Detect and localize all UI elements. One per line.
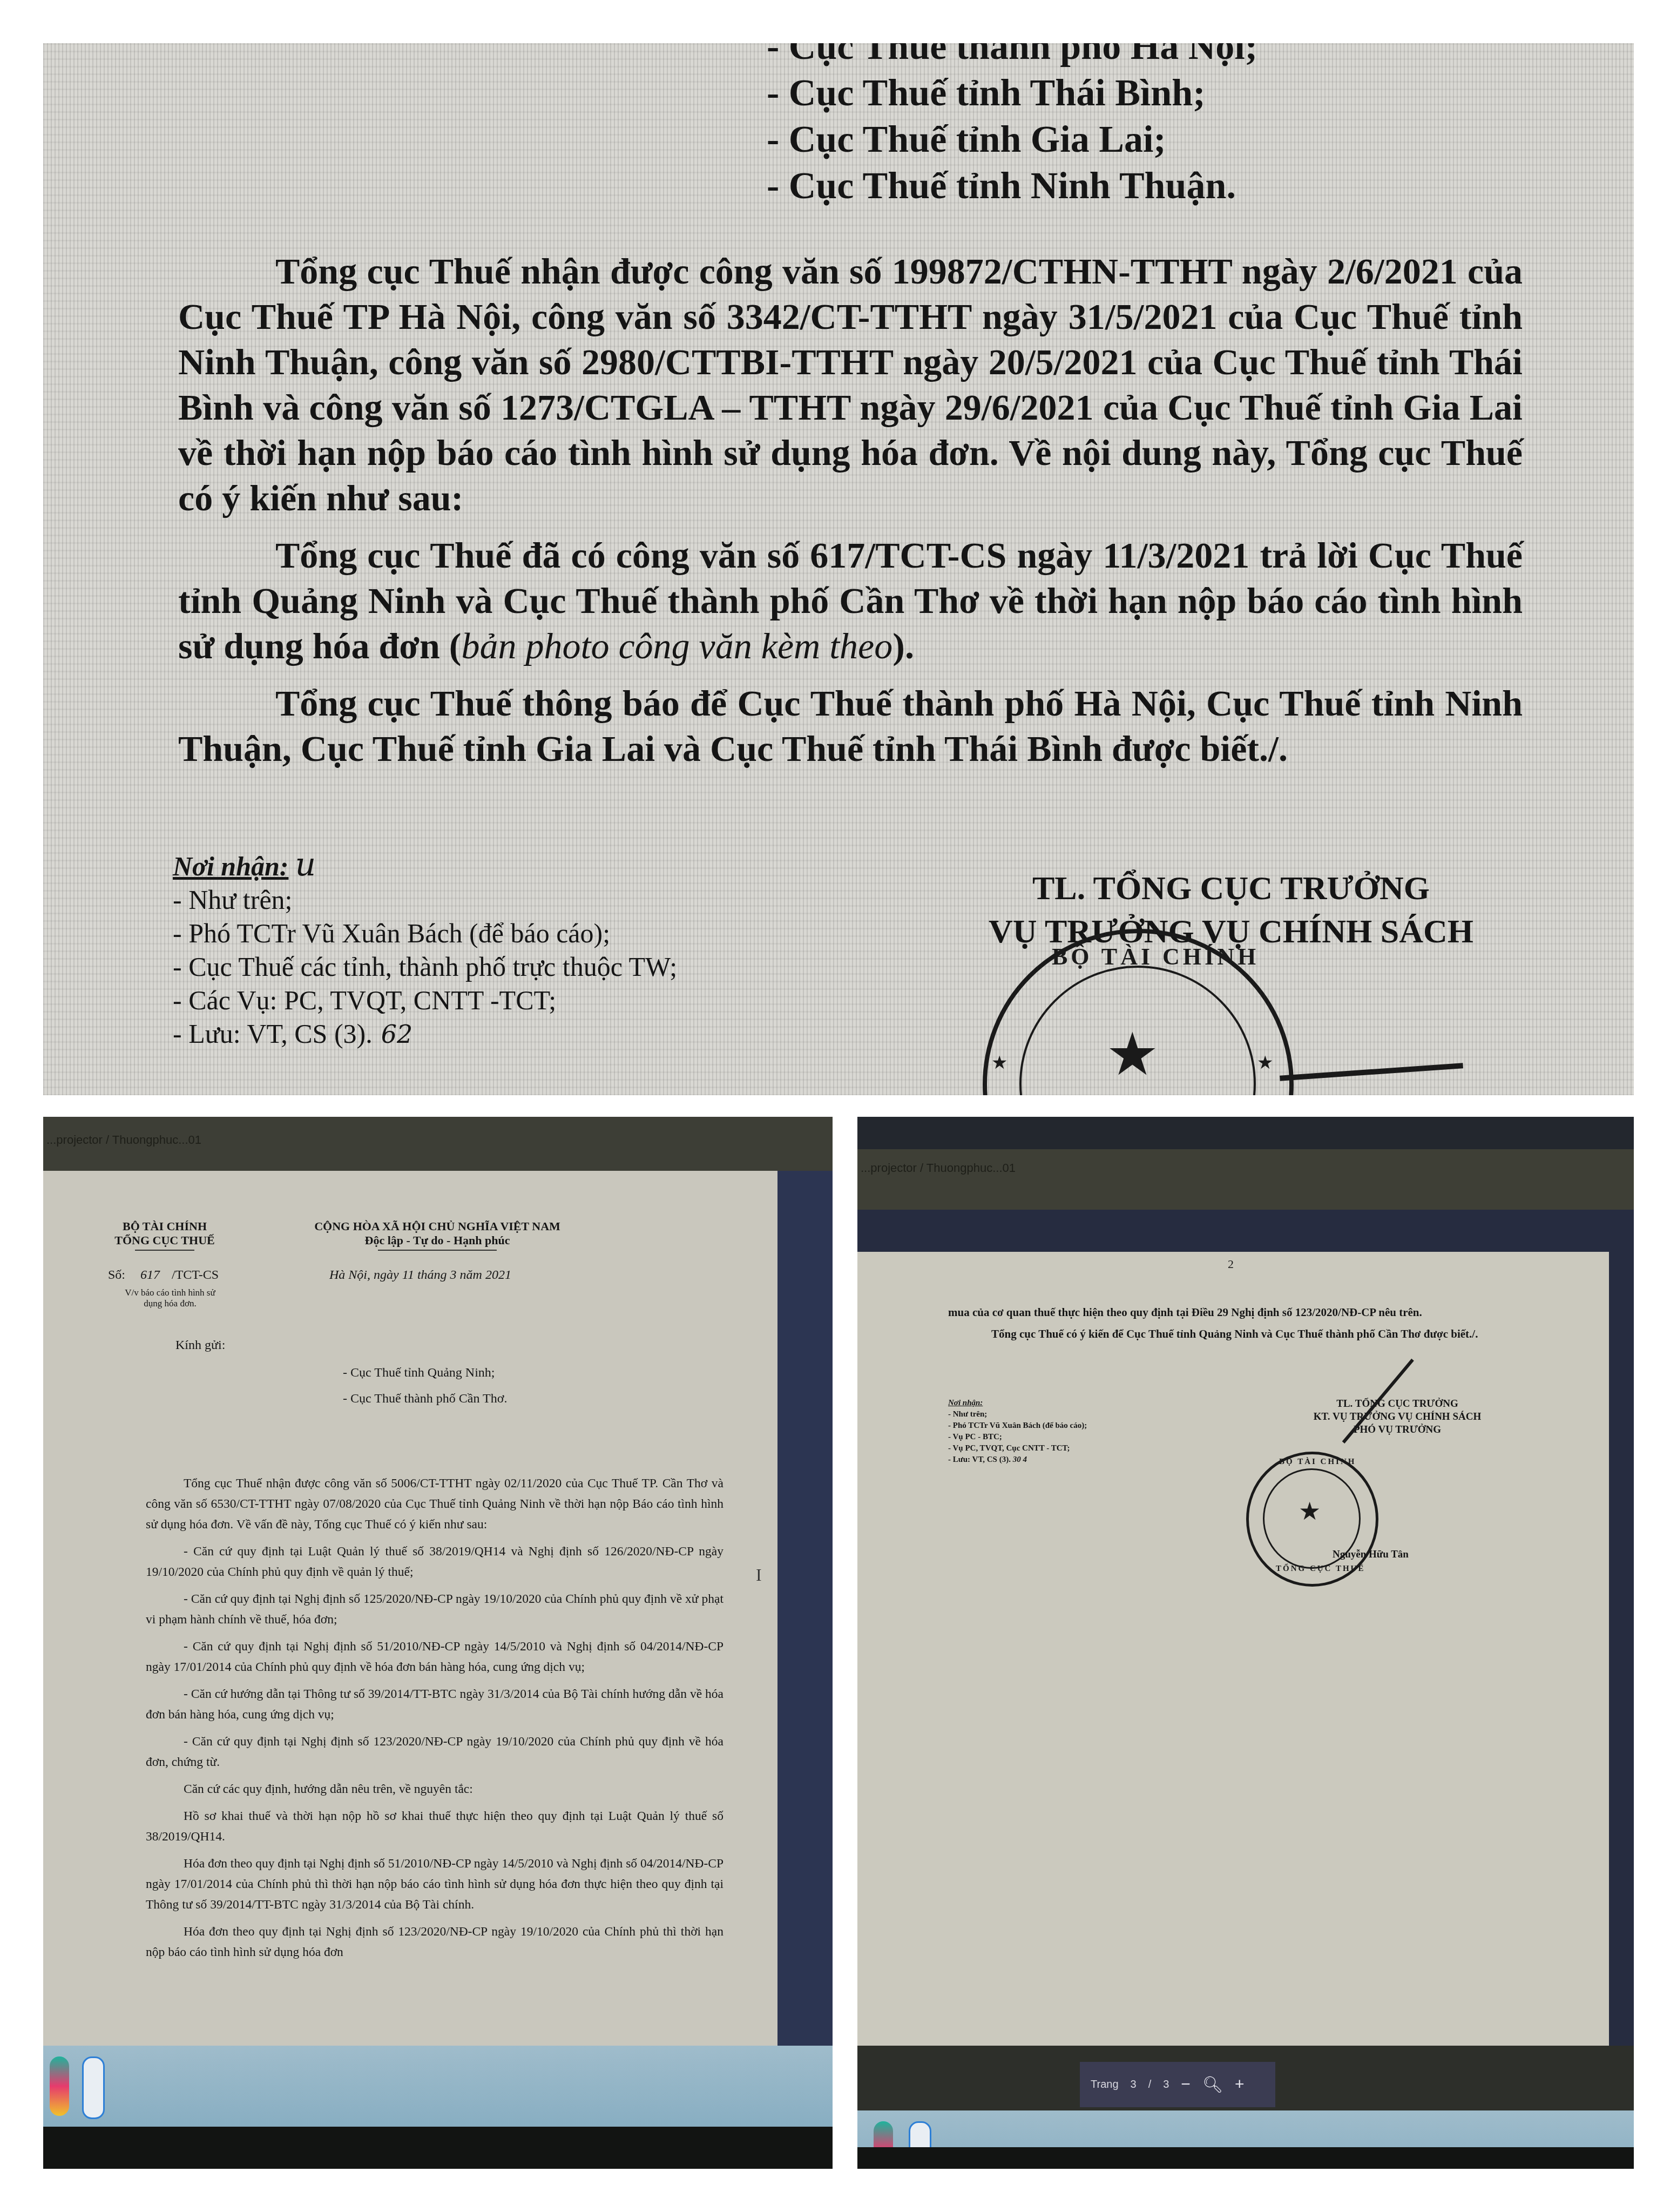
recipients-title: Nơi nhận: (948, 1398, 1087, 1409)
paragraph-617: Tổng cục Thuế đã có công văn số 617/TCT-… (178, 532, 1523, 669)
zoom-in-button[interactable]: + (1235, 2075, 1245, 2094)
handwritten-count: 62 (381, 1020, 413, 1049)
recipients-block: Nơi nhận: - Như trên; - Phó TCTr Vũ Xuân… (948, 1398, 1087, 1466)
recipient-item: - Các Vụ: PC, TVQT, CNTT -TCT; (173, 983, 677, 1017)
recipient-item: - Cục Thuế thành phố Hà Nội; (767, 43, 1257, 70)
desk-surface (43, 2127, 833, 2169)
seal-text-bottom: TỔNG CỤC THUẾ (1276, 1564, 1365, 1574)
document-body: Tổng cục Thuế nhận được công văn số 1998… (178, 248, 1523, 783)
signer-block: TL. TỔNG CỤC TRƯỞNG KT. VỤ TRƯỞNG VỤ CHÍ… (1246, 1398, 1548, 1437)
viewer-top-bar (857, 1117, 1634, 1149)
motto: Độc lập - Tự do - Hạnh phúc (281, 1233, 594, 1247)
bottom-right-photo-page2: ...projector / Thuongphuc...01 2 mua của… (857, 1117, 1634, 2169)
number-suffix: /TCT-CS (172, 1268, 219, 1282)
pdf-zoom-toolbar: Trang 3 / 3 − 🔍︎ + (1080, 2062, 1275, 2107)
magnifier-icon[interactable]: 🔍︎ (1202, 2075, 1223, 2094)
app-icon[interactable] (50, 2056, 69, 2116)
issue-date: Hà Nội, ngày 11 tháng 3 năm 2021 (329, 1268, 511, 1283)
recipients-block: Nơi nhận:u - Như trên; - Phó TCTr Vũ Xuâ… (173, 848, 677, 1051)
addressee-label: Kính gửi: (175, 1338, 225, 1353)
number-value: 617 (140, 1268, 160, 1282)
handwritten-note: 30 4 (1013, 1455, 1027, 1464)
viewer-titlebar: ...projector / Thuongphuc...01 (857, 1149, 1634, 1210)
total-pages: 3 (1163, 2079, 1169, 2091)
paragraph: Hóa đơn theo quy định tại Nghị định số 1… (146, 1921, 723, 1963)
recipient-item: - Cục Thuế tỉnh Gia Lai; (767, 117, 1257, 163)
viewer-side-panel (777, 1171, 833, 2046)
addressee-item: - Cục Thuế thành phố Cần Thơ. (343, 1386, 507, 1412)
desk-surface (857, 2147, 1634, 2169)
paragraph: mua của cơ quan thuế thực hiện theo quy … (948, 1303, 1510, 1321)
paragraph: - Căn cứ quy định tại Nghị định số 51/20… (146, 1636, 723, 1677)
national-header: CỘNG HÒA XÃ HỘI CHỦ NGHĨA VIỆT NAM Độc l… (281, 1219, 594, 1251)
department-name: TỔNG CỤC THUẾ (108, 1233, 221, 1247)
recipient-item: - Vụ PC - BTC; (948, 1432, 1087, 1443)
country-name: CỘNG HÒA XÃ HỘI CHỦ NGHĨA VIỆT NAM (281, 1219, 594, 1233)
zoom-out-button[interactable]: − (1181, 2075, 1191, 2094)
paragraph: - Căn cứ hướng dẫn tại Thông tư số 39/20… (146, 1684, 723, 1725)
recipient-item: - Lưu: VT, CS (3). (173, 1019, 373, 1049)
addressee-item: - Cục Thuế tỉnh Quảng Ninh; (343, 1360, 507, 1386)
taskbar (43, 2046, 833, 2127)
star-icon: ★ (1299, 1496, 1321, 1526)
seal-text: BỘ TÀI CHÍNH (1052, 943, 1259, 970)
addressee-list: - Cục Thuế tỉnh Quảng Ninh; - Cục Thuế t… (343, 1360, 507, 1412)
paragraph-received: Tổng cục Thuế nhận được công văn số 1998… (178, 248, 1523, 521)
paragraph-notice: Tổng cục Thuế thông báo để Cục Thuế thàn… (178, 680, 1523, 771)
text-cursor-icon: I (756, 1565, 762, 1585)
paragraph: - Căn cứ quy định tại Nghị định số 125/2… (146, 1589, 723, 1630)
signer-title: TL. TỔNG CỤC TRƯỞNG (934, 867, 1528, 910)
window-path: ...projector / Thuongphuc...01 (861, 1161, 1016, 1175)
paragraph: Căn cứ các quy định, hướng dẫn nêu trên,… (146, 1779, 723, 1799)
official-seal-icon: ★ BỘ TÀI CHÍNH TỔNG CỤC THUẾ (1246, 1452, 1378, 1587)
document-page (857, 1252, 1609, 2046)
recipient-item: - Phó TCTr Vũ Xuân Bách (để báo cáo); (948, 1420, 1087, 1432)
paragraph: Hóa đơn theo quy định tại Nghị định số 5… (146, 1853, 723, 1915)
recipient-item: - Như trên; (173, 883, 677, 916)
current-page-input[interactable]: 3 (1131, 2079, 1137, 2091)
star-icon: ★ (991, 1052, 1007, 1074)
paragraph: - Căn cứ quy định tại Nghị định số 123/2… (146, 1731, 723, 1772)
page-number: 2 (1228, 1257, 1234, 1271)
paragraph: Tổng cục Thuế nhận được công văn số 5006… (146, 1473, 723, 1535)
recipient-item: - Cục Thuế tỉnh Thái Bình; (767, 70, 1257, 117)
signer-title: TL. TỔNG CỤC TRƯỞNG (1246, 1398, 1548, 1411)
recipient-item: - Cục Thuế các tỉnh, thành phố trực thuộ… (173, 950, 677, 983)
document-body: mua của cơ quan thuế thực hiện theo quy … (948, 1303, 1510, 1346)
recipient-item: - Phó TCTr Vũ Xuân Bách (để báo cáo); (173, 916, 677, 950)
paragraph: - Căn cứ quy định tại Luật Quản lý thuế … (146, 1541, 723, 1582)
page-label: Trang (1091, 2079, 1119, 2091)
recipient-item: - Cục Thuế tỉnh Ninh Thuận. (767, 163, 1257, 210)
seal-text-top: BỘ TÀI CHÍNH (1279, 1458, 1356, 1467)
recipient-list: - Cục Thuế thành phố Hà Nội; - Cục Thuế … (767, 43, 1257, 210)
signer-subtitle: KT. VỤ TRƯỞNG VỤ CHÍNH SÁCH (1246, 1411, 1548, 1424)
recipients-title: Nơi nhận: (173, 851, 288, 881)
signer-block: TL. TỔNG CỤC TRƯỞNG VỤ TRƯỞNG VỤ CHÍNH S… (934, 867, 1528, 953)
star-icon: ★ (1106, 1020, 1159, 1089)
bottom-left-photo-page1: ...projector / Thuongphuc...01 BỘ TÀI CH… (43, 1117, 833, 2169)
italic-note: bản photo công văn kèm theo (461, 625, 892, 666)
window-path: ...projector / Thuongphuc...01 (46, 1133, 201, 1147)
paragraph: Hồ sơ khai thuế và thời hạn nộp hồ sơ kh… (146, 1806, 723, 1847)
paragraph: Tổng cục Thuế có ý kiến để Cục Thuế tỉnh… (948, 1325, 1510, 1343)
top-photo-document: - Cục Thuế thành phố Hà Nội; - Cục Thuế … (43, 43, 1634, 1095)
ministry-name: BỘ TÀI CHÍNH (108, 1219, 221, 1233)
document-number: Số: 617/TCT-CS (108, 1268, 219, 1283)
star-icon: ★ (1257, 1052, 1273, 1074)
recipient-item: - Lưu: VT, CS (3). (948, 1455, 1011, 1464)
paragraph-text: ). (892, 625, 914, 666)
signer-position: PHÓ VỤ TRƯỞNG (1246, 1424, 1548, 1437)
issuer-header: BỘ TÀI CHÍNH TỔNG CỤC THUẾ (108, 1219, 221, 1251)
subject-line: V/v báo cáo tình hình sử dụng hóa đơn. (119, 1287, 221, 1309)
page-separator: / (1148, 2079, 1152, 2091)
recipient-item: - Vụ PC, TVQT, Cục CNTT - TCT; (948, 1443, 1087, 1454)
document-body: Tổng cục Thuế nhận được công văn số 5006… (146, 1473, 723, 1969)
handwritten-mark: u (295, 846, 316, 884)
number-label: Số: (108, 1268, 125, 1282)
zalo-icon[interactable] (82, 2056, 105, 2119)
recipient-item: - Như trên; (948, 1409, 1087, 1420)
signer-name: Nguyễn Hữu Tân (1333, 1549, 1409, 1561)
